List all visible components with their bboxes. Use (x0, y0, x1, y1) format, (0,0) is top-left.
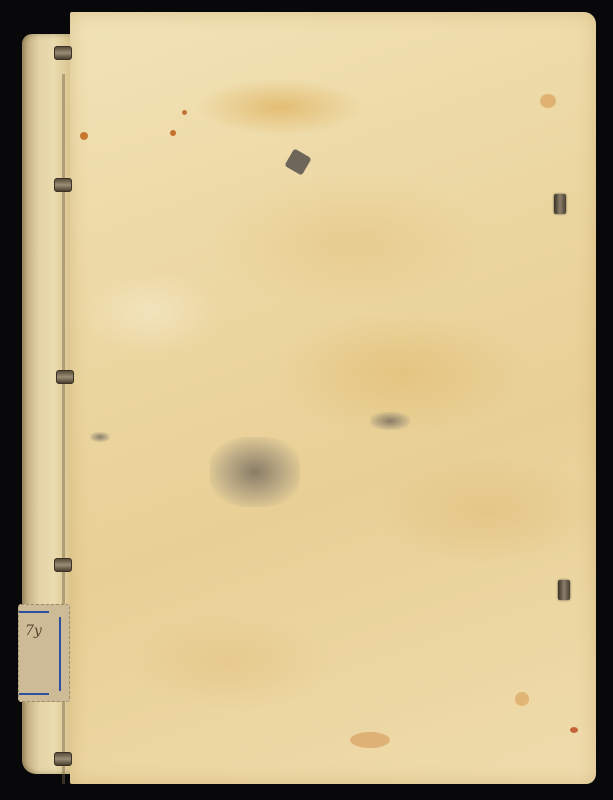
spine-tie (54, 752, 72, 766)
stain (80, 132, 88, 140)
label-handwriting: 7y (25, 623, 42, 639)
abrasion-patch (370, 412, 410, 430)
abrasion-patch (90, 432, 110, 442)
book: 7y (18, 12, 596, 784)
stain (570, 727, 578, 733)
label-stripe (19, 611, 49, 613)
abrasion-patch (284, 148, 311, 175)
spine-tie (54, 46, 72, 60)
stain (182, 110, 187, 115)
stain (515, 692, 529, 706)
shelf-label: 7y (18, 604, 70, 702)
abrasion-patch (210, 437, 300, 507)
label-stripe (59, 617, 61, 691)
photo-scene: 7y (0, 0, 613, 800)
stain (170, 130, 176, 136)
spine-tie (56, 370, 74, 384)
stain (350, 732, 390, 748)
stain (540, 94, 556, 108)
front-cover (70, 12, 596, 784)
fore-edge-thong (554, 194, 566, 214)
label-stripe (19, 693, 49, 695)
spine-tie (54, 558, 72, 572)
spine-tie (54, 178, 72, 192)
fore-edge-thong (558, 580, 570, 600)
